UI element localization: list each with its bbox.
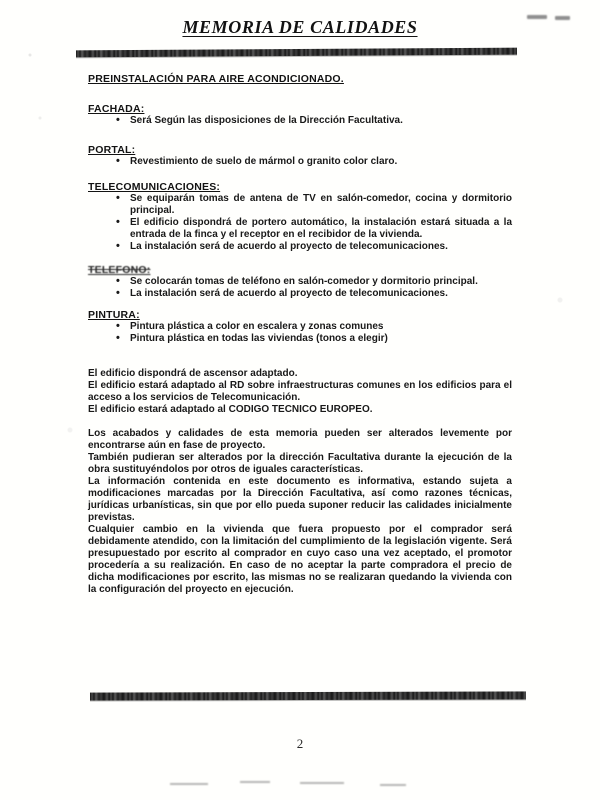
bullet-item: Será Según las disposiciones de la Direc… [88,115,512,127]
section-heading: FACHADA: [88,103,512,115]
document-section: PINTURA: Pintura plástica a color en esc… [88,309,512,345]
scanned-document-page: MEMORIA DE CALIDADES PREINSTALACIÓN PARA… [0,0,600,800]
scan-artifact [170,781,450,787]
legal-paragraph: La información contenida en este documen… [88,476,512,524]
footer-rule-bar [90,691,526,700]
document-body: PREINSTALACIÓN PARA AIRE ACONDICIONADO. … [88,68,512,596]
bullet-list: Pintura plástica a color en escalera y z… [88,321,512,345]
bullet-list: Se colocarán tomas de teléfono en salón-… [88,276,512,300]
bullet-item: La instalación será de acuerdo al proyec… [88,288,512,300]
header-rule-bar [76,48,517,58]
bullet-item: El edificio dispondrá de portero automát… [88,217,512,241]
document-section: FACHADA: Será Según las disposiciones de… [88,103,512,127]
sections: PREINSTALACIÓN PARA AIRE ACONDICIONADO. … [88,73,512,345]
section-heading: PORTAL: [88,144,512,156]
bullet-item: Revestimiento de suelo de mármol o grani… [88,156,512,168]
page-number: 2 [0,736,600,752]
section-heading: PINTURA: [88,309,512,321]
bullet-list: Se equiparán tomas de antena de TV en sa… [88,193,512,253]
document-section: PREINSTALACIÓN PARA AIRE ACONDICIONADO. [88,73,512,85]
notes-block: El edificio dispondrá de ascensor adapta… [88,368,512,416]
section-heading: PREINSTALACIÓN PARA AIRE ACONDICIONADO. [88,73,512,85]
note-line: El edificio dispondrá de ascensor adapta… [88,368,512,380]
section-heading: TELECOMUNICACIONES: [88,181,512,193]
bullet-item: Pintura plástica a color en escalera y z… [88,321,512,333]
bullet-item: Pintura plástica en todas las viviendas … [88,333,512,345]
bullet-list: Será Según las disposiciones de la Direc… [88,115,512,127]
document-title: MEMORIA DE CALIDADES [0,17,600,38]
document-section: TELECOMUNICACIONES: Se equiparán tomas d… [88,181,512,253]
note-line: El edificio estará adaptado al RD sobre … [88,380,512,404]
legal-paragraph: Cualquier cambio en la vivienda que fuer… [88,524,512,596]
document-section: PORTAL: Revestimiento de suelo de mármol… [88,144,512,168]
bullet-item: Se equiparán tomas de antena de TV en sa… [88,193,512,217]
bullet-item: La instalación será de acuerdo al proyec… [88,241,512,253]
note-line: El edificio estará adaptado al CODIGO TE… [88,404,512,416]
legal-paragraph: También pudieran ser alterados por la di… [88,452,512,476]
bullet-list: Revestimiento de suelo de mármol o grani… [88,156,512,168]
section-heading: TELEFONO: [88,264,512,276]
legal-block: Los acabados y calidades de esta memoria… [88,428,512,596]
bullet-item: Se colocarán tomas de teléfono en salón-… [88,276,512,288]
legal-paragraph: Los acabados y calidades de esta memoria… [88,428,512,452]
document-section: TELEFONO: Se colocarán tomas de teléfono… [88,264,512,300]
